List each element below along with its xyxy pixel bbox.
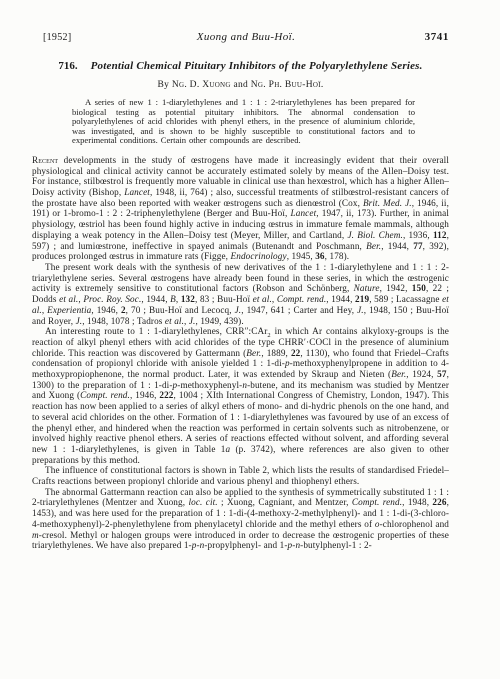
text-run: Ng. D. Xuong [172, 80, 231, 90]
text-run: , 1949, 439). [195, 316, 243, 326]
text-run: 22 [291, 348, 300, 358]
text-run: -methoxyphenyl- [177, 380, 242, 390]
text-run: J. [357, 305, 364, 315]
paragraph-1: Recent developments in the study of œstr… [32, 155, 449, 262]
abstract: A series of new 1 : 1-diarylethylenes an… [72, 98, 415, 146]
paragraph-3: An interesting route to 1 : 1-diarylethy… [32, 326, 449, 465]
text-run: et al. [59, 294, 78, 304]
text-run: , 1889, [261, 348, 291, 358]
text-run: Compt. rend. [277, 294, 326, 304]
text-run: Lancet [124, 187, 150, 197]
text-run: Ng. Ph. Buu-Hoï. [251, 80, 324, 90]
text-run: , 1944, [326, 294, 355, 304]
text-run: , 1948, 1078 ; Tadros [82, 316, 165, 326]
article-number: 716. [58, 60, 77, 72]
text-run: Ber. [391, 369, 406, 379]
text-run: , 1945, [287, 251, 316, 261]
text-run: , 1946, [91, 305, 121, 315]
running-head: Xuong and Buu-Hoï. [123, 31, 369, 43]
page-number: 3741 [369, 31, 449, 43]
text-run: Endocrinology [231, 251, 287, 261]
article-title-text: Potential Chemical Pituitary Inhibitors … [91, 60, 423, 72]
text-run: Lancet [291, 208, 317, 218]
text-run: The influence of constitutional factors … [32, 465, 449, 486]
text-run: Experientia [47, 305, 91, 315]
text-run: 150 [412, 283, 426, 293]
text-run: Brit. Med. J. [363, 198, 412, 208]
text-run: -butylphenyl-1 : 2- [300, 540, 372, 550]
text-run: , 178). [325, 251, 350, 261]
text-run: By [157, 80, 171, 90]
text-run: 57 [437, 369, 446, 379]
text-run: A series of new 1 : 1-diarylethylenes an… [72, 97, 415, 145]
text-run: Compt. rend. [80, 390, 130, 400]
text-run: , 1944, [141, 294, 170, 304]
volume-year: [1952] [43, 32, 123, 43]
text-run: 219 [355, 294, 369, 304]
text-run: J. Biol. Chem. [347, 230, 402, 240]
text-run: 77 [413, 241, 422, 251]
text-run: , 70 ; Buu-Hoï and Lecocq, [126, 305, 235, 315]
text-run: Recent [32, 155, 58, 165]
text-run: , 1924, [406, 369, 437, 379]
text-run: Nature [354, 283, 380, 293]
byline: By Ng. D. Xuong and Ng. Ph. Buu-Hoï. [32, 80, 449, 90]
text-run: , 589 ; Lacassagne [369, 294, 442, 304]
text-run: m [32, 530, 39, 540]
article-title: 716.Potential Chemical Pituitary Inhibit… [41, 59, 441, 74]
text-run: loc. cit. [188, 497, 217, 507]
text-run: et al. [253, 294, 272, 304]
paragraph-2: The present work deals with the synthesi… [32, 262, 449, 326]
text-run: 132 [181, 294, 195, 304]
text-run: 36 [315, 251, 324, 261]
text-run: Compt. rend. [352, 497, 402, 507]
text-run: , 1946, [130, 390, 159, 400]
text-run: et al. [165, 316, 184, 326]
abstract-text: A series of new 1 : 1-diarylethylenes an… [72, 98, 415, 146]
paragraph-5: The abnormal Gattermann reaction can als… [32, 487, 449, 551]
text-run: 222 [159, 390, 173, 400]
text-run: Ber. [366, 241, 381, 251]
text-run: , 1948, [402, 497, 432, 507]
text-run: Proc. Roy. Soc. [83, 294, 141, 304]
text-run: , 1942, [380, 283, 412, 293]
text-run: -chlorophenol and [380, 519, 449, 529]
text-run: , 1947, 641 ; Carter and Hey, [241, 305, 357, 315]
text-run: Ber. [246, 348, 261, 358]
text-run: , 1936, [403, 230, 433, 240]
text-run: and [231, 80, 251, 90]
paragraph-4: The influence of constitutional factors … [32, 465, 449, 486]
text-run: 226 [432, 497, 446, 507]
page-header: [1952] Xuong and Buu-Hoï. 3741 [32, 31, 449, 43]
text-run: , 1944, [381, 241, 413, 251]
text-run: 112 [433, 230, 447, 240]
journal-page: [1952] Xuong and Buu-Hoï. 3741 716.Poten… [0, 0, 500, 679]
article-body: Recent developments in the study of œstr… [32, 155, 449, 551]
text-run: , 83 ; Buu-Hoï [195, 294, 253, 304]
text-run: -propylphenyl- and 1- [204, 540, 287, 550]
text-run: ; Xuong, Cagniant, and Mentzer, [218, 497, 352, 507]
text-run: An interesting route to 1 : 1-diarylethy… [45, 326, 267, 336]
